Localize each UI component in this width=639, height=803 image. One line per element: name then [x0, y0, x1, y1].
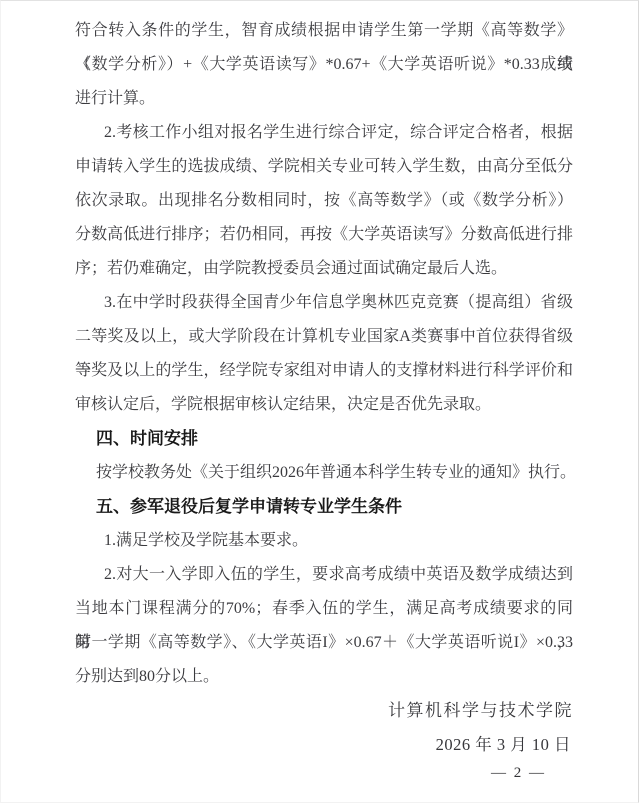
body-line: 审核认定后，学院根据审核认定结果，决定是否优先录取。 — [75, 388, 573, 422]
body-line: 等奖及以上的学生，经学院专家组对申请人的支撑材料进行科学评价和 — [75, 354, 573, 388]
body-line-item-3: 3.在中学时段获得全国青少年信息学奥林匹克竞赛（提高组）省级 — [75, 286, 573, 320]
page-number: — 2 — — [491, 765, 546, 782]
signature-block: 计算机科学与技术学院 2026 年 3 月 10 日 — [75, 694, 573, 762]
body-line: 按学校教务处《关于组织2026年普通本科学生转专业的通知》执行。 — [75, 456, 573, 490]
body-line: 符合转入条件的学生，智育成绩根据申请学生第一学期《高等数学》（或 — [75, 14, 573, 48]
section-heading-4: 四、时间安排 — [75, 422, 573, 456]
body-line-item-2: 2.考核工作小组对报名学生进行综合评定，综合评定合格者，根据 — [75, 116, 573, 150]
body-line: 二等奖及以上，或大学阶段在计算机专业国家A类赛事中首位获得省级一 — [75, 320, 573, 354]
body-line: 当地本门课程满分的70%；春季入伍的学生，满足高考成绩要求的同时， — [75, 592, 573, 626]
section-heading-5: 五、参军退役后复学申请转专业学生条件 — [75, 490, 573, 524]
date-line: 2026 年 3 月 10 日 — [75, 728, 573, 762]
body-line: 申请转入学生的选拔成绩、学院相关专业可转入学生数，由高分至低分 — [75, 150, 573, 184]
body-line: 分别达到80分以上。 — [75, 660, 573, 694]
body-line: 依次录取。出现排名分数相同时，按《高等数学》（或《数学分析》） — [75, 184, 573, 218]
document-content: 符合转入条件的学生，智育成绩根据申请学生第一学期《高等数学》（或 《数学分析》）… — [1, 1, 638, 762]
body-line: 第一学期《高等数学》、《大学英语I》×0.67＋《大学英语听说I》×0.33 — [75, 626, 573, 660]
signature-line: 计算机科学与技术学院 — [75, 694, 573, 728]
body-line: 进行计算。 — [75, 82, 573, 116]
body-line: 序；若仍难确定，由学院教授委员会通过面试确定最后人选。 — [75, 252, 573, 286]
document-page: 符合转入条件的学生，智育成绩根据申请学生第一学期《高等数学》（或 《数学分析》）… — [0, 0, 639, 803]
body-line-item-1: 1.满足学校及学院基本要求。 — [75, 524, 573, 558]
body-line-item-2: 2.对大一入学即入伍的学生，要求高考成绩中英语及数学成绩达到 — [75, 558, 573, 592]
body-line: 分数高低进行排序；若仍相同，再按《大学英语读写》分数高低进行排 — [75, 218, 573, 252]
body-line: 《数学分析》）+《大学英语读写》*0.67+《大学英语听说》*0.33成绩 — [75, 48, 573, 82]
